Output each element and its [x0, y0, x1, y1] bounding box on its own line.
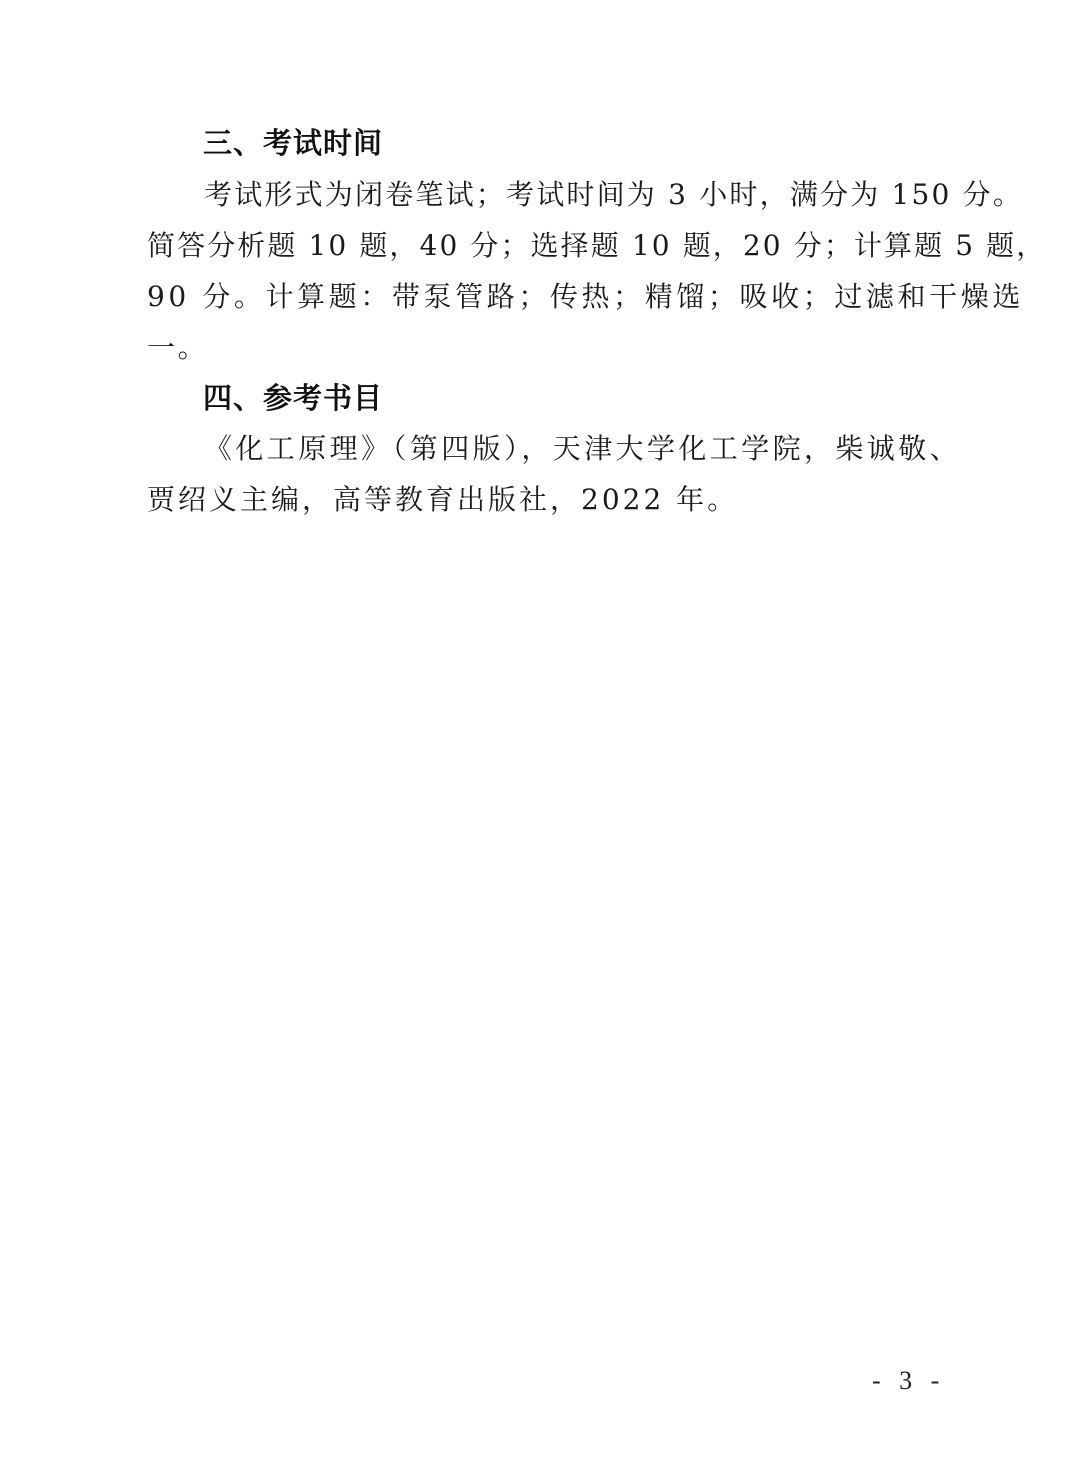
paragraph-line: 简答分析题 10 题，40 分；选择题 10 题，20 分；计算题 5 题，	[147, 228, 1046, 264]
paragraph-line: 一。	[147, 330, 208, 366]
document-page: 三、考试时间 考试形式为闭卷笔试；考试时间为 3 小时，满分为 150 分。 简…	[0, 0, 1080, 1482]
paragraph-line: 《化工原理》（第四版），天津大学化工学院，柴诚敬、	[204, 431, 961, 467]
section-heading-exam-time: 三、考试时间	[203, 125, 383, 161]
paragraph-line: 贾绍义主编，高等教育出版社，2022 年。	[147, 482, 738, 518]
paragraph-line: 90 分。计算题：带泵管路；传热；精馏；吸收；过滤和干燥选	[147, 279, 1024, 315]
page-number: - 3 -	[872, 1366, 945, 1396]
paragraph-line: 考试形式为闭卷笔试；考试时间为 3 小时，满分为 150 分。	[204, 177, 1023, 213]
section-heading-reference-books: 四、参考书目	[203, 380, 383, 416]
